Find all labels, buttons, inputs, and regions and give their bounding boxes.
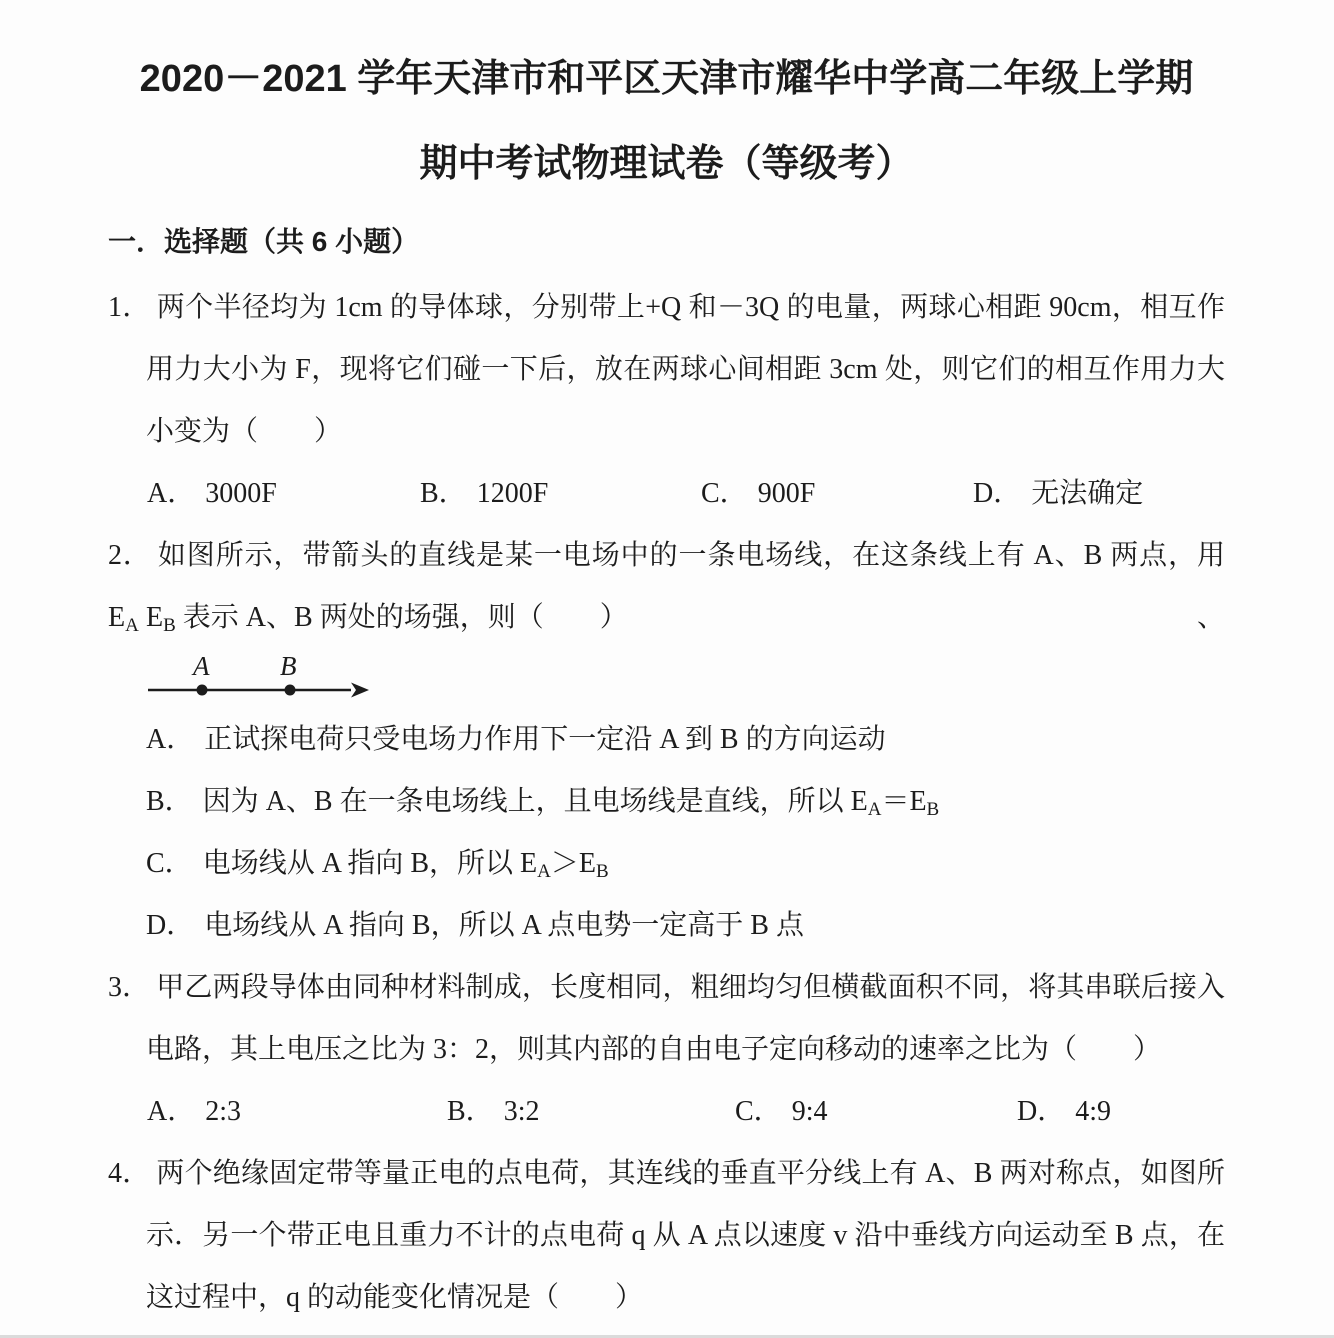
q2-option-c-label: C． [146, 848, 193, 879]
q1-option-b-text: 1200F [477, 478, 549, 509]
q3-option-a-label: A． [147, 1096, 195, 1127]
paper-title-line-2: 期中考试物理试卷（等级考） [108, 122, 1225, 207]
q2-option-b-text: 因为 A、B 在一条电场线上，且电场线是直线，所以 E [203, 786, 868, 817]
q4-text-1: 两个绝缘固定带等量正电的点电荷，其连线的垂直平分线上有 A、B 两对称点，如图所 [156, 1158, 1225, 1189]
q1-option-c-label: C． [701, 478, 748, 509]
q3-option-d: D．4:9 [1017, 1081, 1111, 1143]
q3-option-a: A．2:3 [147, 1081, 241, 1143]
q1-option-a-label: A． [147, 478, 195, 509]
q3-option-b-label: B． [447, 1096, 494, 1127]
q2-option-b: B．因为 A、B 在一条电场线上，且电场线是直线，所以 EA＝EB [108, 771, 1225, 833]
section-heading: 一．选择题（共 6 小题） [108, 207, 1225, 277]
q4-line-1: 4．两个绝缘固定带等量正电的点电荷，其连线的垂直平分线上有 A、B 两对称点，如… [108, 1143, 1225, 1205]
q2-option-c-text: 电场线从 A 指向 B，所以 E [203, 848, 537, 879]
q1-options-row: A．3000F B．1200F C．900F D．无法确定 [108, 463, 1225, 525]
q1-option-b-label: B． [420, 478, 467, 509]
q2-option-b-label: B． [146, 786, 193, 817]
q3-line-2: 电路，其上电压之比为 3：2，则其内部的自由电子定向移动的速率之比为（ ） [108, 1019, 1225, 1081]
q1-line-1: 1．两个半径均为 1cm 的导体球，分别带上+Q 和－3Q 的电量，两球心相距 … [108, 277, 1225, 339]
paper-title-line-1: 2020－2021 学年天津市和平区天津市耀华中学高二年级上学期 [108, 37, 1225, 122]
q2-option-c-mid: ＞E [551, 848, 596, 879]
q2-line-1: 2．如图所示，带箭头的直线是某一电场中的一条电场线，在这条线上有 A、B 两点，… [108, 525, 1225, 587]
q3-option-c-label: C． [735, 1096, 782, 1127]
q2-sub-a: A [125, 615, 139, 636]
q3-option-b-text: 3:2 [504, 1096, 540, 1127]
q2-option-d-label: D． [146, 910, 194, 941]
q1-option-b: B．1200F [420, 463, 548, 525]
q2-number: 2． [108, 540, 152, 571]
q1-option-a-text: 3000F [205, 478, 277, 509]
q2-option-a-label: A． [146, 724, 194, 755]
q4-line-2: 示．另一个带正电且重力不计的点电荷 q 从 A 点以速度 v 沿中垂线方向运动至… [108, 1205, 1225, 1267]
q2-text-2-end: 表示 A、B 两处的场强，则（ ） [176, 602, 628, 633]
point-b-dot [285, 685, 296, 696]
point-a-dot [197, 685, 208, 696]
q2-option-c-sub-a: A [537, 861, 551, 882]
q1-line-3: 小变为（ ） [108, 401, 1225, 463]
figure-label-b: B [280, 651, 297, 681]
q3-number: 3． [108, 972, 150, 1003]
q3-line-1: 3．甲乙两段导体由同种材料制成，长度相同，粗细均匀但横截面积不同，将其串联后接入 [108, 957, 1225, 1019]
q2-option-b-sub-b: B [927, 799, 940, 820]
q1-option-d-label: D． [973, 478, 1021, 509]
q2-option-d: D．电场线从 A 指向 B，所以 A 点电势一定高于 B 点 [108, 895, 1225, 957]
q2-option-d-text: 电场线从 A 指向 B，所以 A 点电势一定高于 B 点 [204, 910, 804, 941]
figure-label-a: A [191, 651, 210, 681]
q1-line-2: 用力大小为 F，现将它们碰一下后，放在两球心间相距 3cm 处，则它们的相互作用… [108, 339, 1225, 401]
q1-number: 1． [108, 292, 151, 323]
q4-number: 4． [108, 1158, 150, 1189]
q4-line-3: 这过程中，q 的动能变化情况是（ ） [108, 1267, 1225, 1329]
q2-option-b-sub-a: A [868, 799, 882, 820]
q1-option-d-text: 无法确定 [1031, 478, 1143, 509]
q3-option-d-text: 4:9 [1075, 1096, 1111, 1127]
q3-options-row: A．2:3 B．3:2 C．9:4 D．4:9 [108, 1081, 1225, 1143]
q3-option-b: B．3:2 [447, 1081, 539, 1143]
q2-sub-b: B [163, 615, 176, 636]
q2-option-c-sub-b: B [596, 861, 609, 882]
q2-text-2: E [146, 602, 163, 633]
q1-option-a: A．3000F [147, 463, 277, 525]
field-line-figure: A B [108, 649, 1225, 709]
q1-option-d: D．无法确定 [973, 463, 1143, 525]
q3-option-d-label: D． [1017, 1096, 1065, 1127]
q3-option-c: C．9:4 [735, 1081, 827, 1143]
q2-option-a: A．正试探电荷只受电场力作用下一定沿 A 到 B 的方向运动 [108, 709, 1225, 771]
field-line-diagram: A B [148, 649, 388, 709]
q3-option-a-text: 2:3 [205, 1096, 241, 1127]
q1-option-c-text: 900F [758, 478, 816, 509]
q2-option-b-mid: ＝E [881, 786, 926, 817]
arrowhead-icon [351, 683, 369, 698]
q2-option-c: C．电场线从 A 指向 B，所以 EA＞EB [108, 833, 1225, 895]
q1-option-c: C．900F [701, 463, 815, 525]
exam-paper-page: 2020－2021 学年天津市和平区天津市耀华中学高二年级上学期 期中考试物理试… [0, 0, 1334, 1338]
q1-text-1: 两个半径均为 1cm 的导体球，分别带上+Q 和－3Q 的电量，两球心相距 90… [157, 292, 1225, 323]
q3-option-c-text: 9:4 [792, 1096, 828, 1127]
q2-option-a-text: 正试探电荷只受电场力作用下一定沿 A 到 B 的方向运动 [204, 724, 885, 755]
q3-text-1: 甲乙两段导体由同种材料制成，长度相同，粗细均匀但横截面积不同，将其串联后接入 [156, 972, 1225, 1003]
